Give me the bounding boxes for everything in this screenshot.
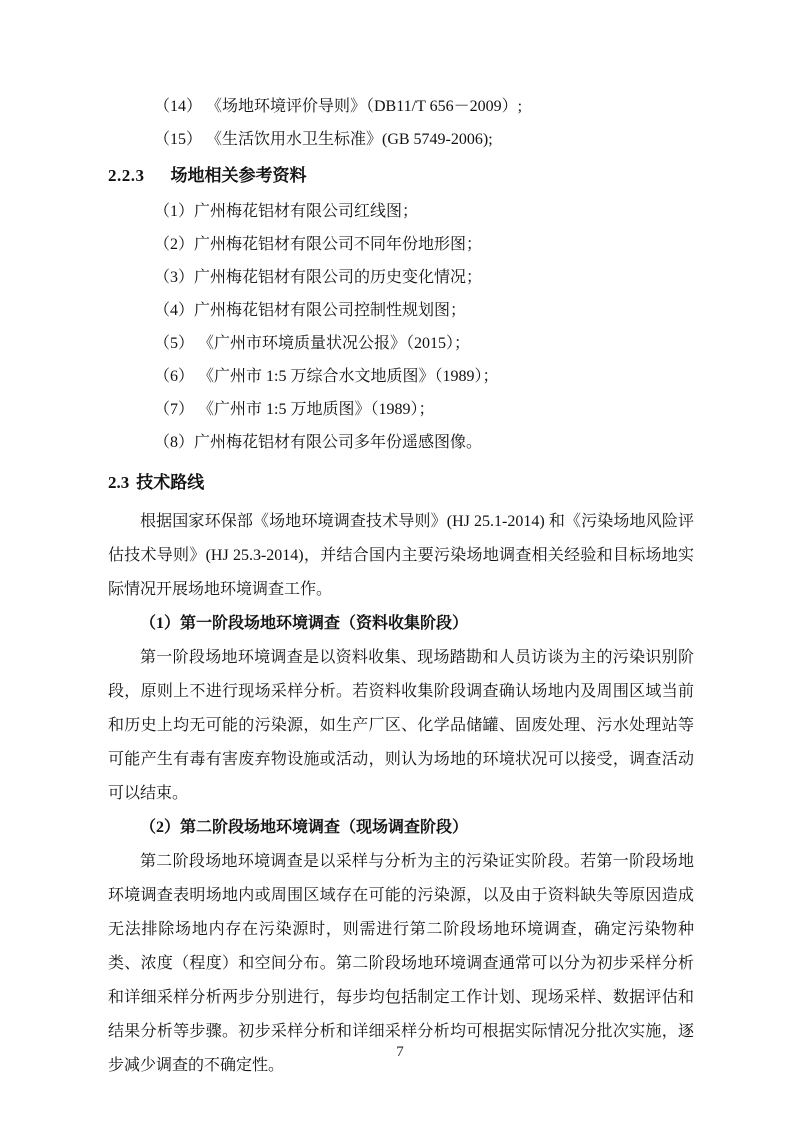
reference-item-14: （14） 《场地环境评价导则》（DB11/T 656－2009）; bbox=[108, 90, 694, 123]
list-item: （5） 《广州市环境质量状况公报》（2015）； bbox=[108, 327, 694, 360]
list-item: （6） 《广州市 1:5 万综合水文地质图》（1989）； bbox=[108, 360, 694, 393]
list-item: （3）广州梅花铝材有限公司的历史变化情况； bbox=[108, 261, 694, 294]
section-heading-2-3: 2.3技术路线 bbox=[108, 465, 694, 501]
section-number: 2.3 bbox=[108, 473, 129, 492]
stage2-subheading: （2）第二阶段场地环境调查（现场调查阶段） bbox=[108, 811, 694, 845]
section-number: 2.2.3 bbox=[108, 166, 145, 185]
stage1-subheading: （1）第一阶段场地环境调查（资料收集阶段） bbox=[108, 607, 694, 641]
document-page: （14） 《场地环境评价导则》（DB11/T 656－2009）; （15） 《… bbox=[0, 0, 800, 1131]
list-item: （7） 《广州市 1:5 万地质图》（1989）； bbox=[108, 393, 694, 426]
page-content: （14） 《场地环境评价导则》（DB11/T 656－2009）; （15） 《… bbox=[108, 90, 694, 1083]
paragraph-tech-route-intro: 根据国家环保部《场地环境调查技术导则》(HJ 25.1-2014) 和《污染场地… bbox=[108, 505, 694, 607]
page-number: 7 bbox=[0, 1044, 800, 1061]
list-item: （1）广州梅花铝材有限公司红线图； bbox=[108, 195, 694, 228]
section-heading-2-2-3: 2.2.3场地相关参考资料 bbox=[108, 159, 694, 193]
section-title: 技术路线 bbox=[136, 473, 204, 492]
paragraph-stage1: 第一阶段场地环境调查是以资料收集、现场踏勘和人员访谈为主的污染识别阶段，原则上不… bbox=[108, 641, 694, 811]
list-item: （4）广州梅花铝材有限公司控制性规划图； bbox=[108, 294, 694, 327]
list-item: （2）广州梅花铝材有限公司不同年份地形图； bbox=[108, 228, 694, 261]
list-item: （8）广州梅花铝材有限公司多年份遥感图像。 bbox=[108, 426, 694, 459]
reference-item-15: （15） 《生活饮用水卫生标准》(GB 5749-2006); bbox=[108, 123, 694, 156]
section-title: 场地相关参考资料 bbox=[171, 166, 307, 185]
